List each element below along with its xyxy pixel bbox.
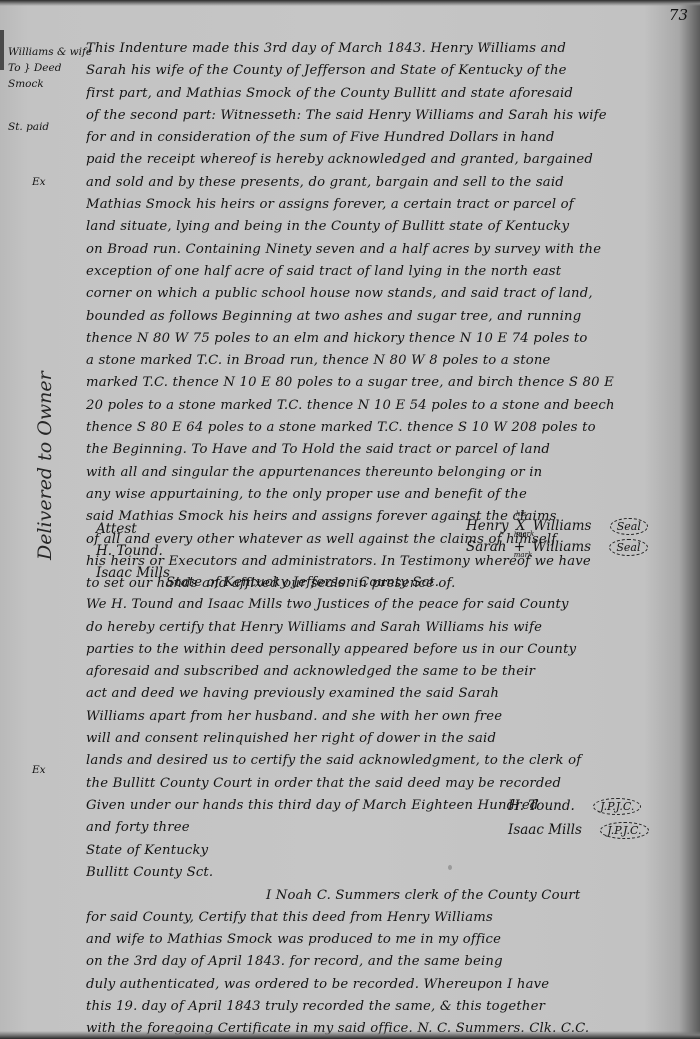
margin-note-parties: Williams & wife <box>8 44 92 60</box>
certificate-line: the Bullitt County Court in order that t… <box>86 773 682 795</box>
certificate-line: lands and desired us to certify the said… <box>86 750 682 772</box>
certificate-line: do hereby certify that Henry Williams an… <box>86 617 682 639</box>
delivered-to-owner-note: Delivered to Owner <box>34 371 56 560</box>
indenture-line: any wise appurtaining, to the only prope… <box>86 484 682 506</box>
signer-last-name: Williams <box>532 539 591 555</box>
scan-speck <box>487 42 491 46</box>
page-left-edge-shadow <box>0 30 4 70</box>
justice-seal: J.P.J.C. <box>593 798 641 815</box>
mark-label: mark <box>514 551 532 559</box>
signature-henry-williams: Henry his X mark Williams Seal <box>466 518 648 535</box>
clerk-first-line: I Noah C. Summers clerk of the County Co… <box>86 885 682 907</box>
clerk-heading-county: Bullitt County Sct. <box>86 862 682 884</box>
indenture-line: the Beginning. To Have and To Hold the s… <box>86 439 682 461</box>
indenture-line: first part, and Mathias Smock of the Cou… <box>86 83 682 105</box>
clerk-line: and wife to Mathias Smock was produced t… <box>86 929 682 951</box>
clerk-line: this 19. day of April 1843 truly recorde… <box>86 996 682 1018</box>
attest-label: Attest <box>96 518 170 540</box>
indenture-line: marked T.C. thence N 10 E 80 poles to a … <box>86 372 682 394</box>
clerk-certificate: State of Kentucky Bullitt County Sct. I … <box>86 840 682 1039</box>
indenture-line: thence N 80 W 75 poles to an elm and hic… <box>86 328 682 350</box>
certificate-line: act and deed we having previously examin… <box>86 683 682 705</box>
certificate-line: Williams apart from her husband. and she… <box>86 706 682 728</box>
seal-stamp: Seal <box>609 539 647 556</box>
margin-note-grantee: Smock <box>8 76 44 92</box>
deed-record-page: 73 Williams & wife To } Deed Smock St. p… <box>0 0 700 1039</box>
justice-seal: J.P.J.C. <box>600 822 648 839</box>
clerk-line: with the foregoing Certificate in my sai… <box>86 1018 682 1039</box>
margin-note-examined-2: Ex <box>32 762 46 778</box>
indenture-line: Sarah his wife of the County of Jefferso… <box>86 60 682 82</box>
certificate-heading: State of Kentucky Jefferson County Sct. <box>86 572 682 594</box>
indenture-line: paid the receipt whereof is hereby ackno… <box>86 149 682 171</box>
justice-name: H. Tound. <box>508 798 575 814</box>
attest-witness: H. Tound. <box>96 540 170 562</box>
margin-note-tax-paid: St. paid <box>8 119 49 135</box>
clerk-heading-state: State of Kentucky <box>86 840 682 862</box>
justice-signature-tound: H. Tound. J.P.J.C. <box>508 798 641 815</box>
indenture-line: corner on which a public school house no… <box>86 283 682 305</box>
certificate-line: aforesaid and subscribed and acknowledge… <box>86 661 682 683</box>
mark-her-label: her <box>514 531 526 539</box>
indenture-line: bounded as follows Beginning at two ashe… <box>86 306 682 328</box>
indenture-text: This Indenture made this 3rd day of Marc… <box>86 38 682 595</box>
indenture-line: for and in consideration of the sum of F… <box>86 127 682 149</box>
signer-first-name: Sarah <box>466 539 507 555</box>
indenture-line: thence S 80 E 64 poles to a stone marked… <box>86 417 682 439</box>
certificate-line: parties to the within deed personally ap… <box>86 639 682 661</box>
indenture-line: of the second part: Witnesseth: The said… <box>86 105 682 127</box>
clerk-line: duly authenticated, was ordered to be re… <box>86 974 682 996</box>
certificate-line: We H. Tound and Isaac Mills two Justices… <box>86 594 682 616</box>
indenture-line: a stone marked T.C. in Broad run, thence… <box>86 350 682 372</box>
indenture-line: 20 poles to a stone marked T.C. thence N… <box>86 395 682 417</box>
page-number: 73 <box>669 6 688 24</box>
margin-note-deed-type: To } Deed <box>8 60 61 76</box>
clerk-line: for said County, Certify that this deed … <box>86 907 682 929</box>
indenture-line: Mathias Smock his heirs or assigns forev… <box>86 194 682 216</box>
clerk-line: on the 3rd day of April 1843. for record… <box>86 951 682 973</box>
indenture-line: on Broad run. Containing Ninety seven an… <box>86 239 682 261</box>
signer-mark: her + mark <box>514 539 525 555</box>
justice-signature-mills: Isaac Mills J.P.J.C. <box>508 822 649 839</box>
signer-first-name: Henry <box>466 518 509 534</box>
margin-note-examined: Ex <box>32 174 46 190</box>
justice-name: Isaac Mills <box>508 822 582 838</box>
seal-stamp: Seal <box>610 518 648 535</box>
indenture-line: and sold and by these presents, do grant… <box>86 172 682 194</box>
certificate-line: will and consent relinquished her right … <box>86 728 682 750</box>
indenture-line: This Indenture made this 3rd day of Marc… <box>86 38 682 60</box>
indenture-line: land situate, lying and being in the Cou… <box>86 216 682 238</box>
indenture-line: with all and singular the appurtenances … <box>86 462 682 484</box>
scan-speck <box>448 865 452 870</box>
indenture-line: exception of one half acre of said tract… <box>86 261 682 283</box>
signer-last-name: Williams <box>533 518 592 534</box>
mark-his-label: his <box>516 510 526 518</box>
signature-sarah-williams: Sarah her + mark Williams Seal <box>466 539 648 556</box>
